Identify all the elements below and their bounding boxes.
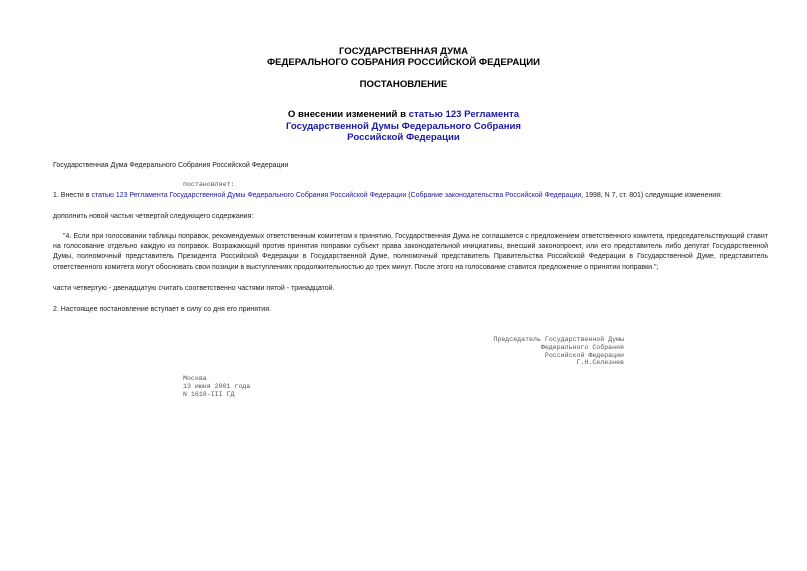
item-2: 2. Настоящее постановление вступает в си… — [53, 305, 271, 315]
signatory-name: Г.Н.Селезнев — [470, 359, 624, 367]
renumber-text: части четвертую - двенадцатую считать со… — [53, 284, 335, 294]
date: 13 июня 2001 года — [183, 383, 250, 391]
place-date-block: Москва13 июня 2001 годаN 1610-III ГД — [183, 375, 250, 398]
signature-line-1: Председатель Государственной Думы — [470, 336, 624, 344]
link-article-123-regulation[interactable]: статью 123 Регламента Государственной Ду… — [91, 192, 406, 199]
item-1: 1. Внести в статью 123 Регламента Госуда… — [53, 191, 722, 201]
city: Москва — [183, 375, 250, 383]
header-line-1: ГОСУДАРСТВЕННАЯ ДУМА — [0, 46, 807, 57]
signature-line-2: Федерального Собрания — [470, 344, 624, 352]
document-title: О внесении изменений в статью 123 Реглам… — [0, 109, 807, 144]
preamble: Государственная Дума Федерального Собран… — [53, 161, 288, 171]
title-prefix: О внесении изменений в — [288, 109, 409, 120]
document-number: N 1610-III ГД — [183, 391, 250, 399]
link-legislation-collection[interactable]: Собрание законодательства Российской Фед… — [411, 192, 582, 199]
decrees-word: постановляет: — [183, 181, 234, 189]
header-line-2: ФЕДЕРАЛЬНОГО СОБРАНИЯ РОССИЙСКОЙ ФЕДЕРАЦ… — [0, 57, 807, 68]
signature-block: Председатель Государственной ДумыФедерал… — [470, 336, 624, 367]
supplement-text: дополнить новой частью четвертой следующ… — [53, 212, 253, 222]
signature-line-3: Российской Федерации — [470, 352, 624, 360]
quoted-part-4: "4. Если при голосовании таблицы поправо… — [53, 232, 768, 273]
document-type: ПОСТАНОВЛЕНИЕ — [0, 79, 807, 90]
